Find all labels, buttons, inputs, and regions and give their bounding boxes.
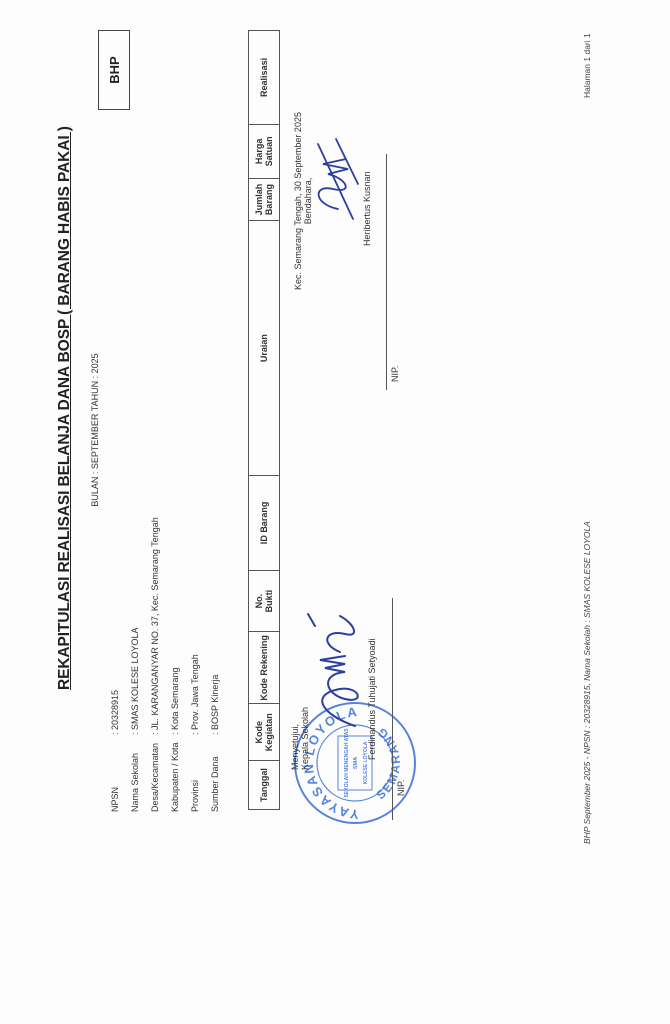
- document-subtitle: BULAN : SEPTEMBER TAHUN : 2025: [90, 230, 100, 630]
- info-value: : JL. KARANGANYAR NO. 37, Kec. Semarang …: [150, 517, 170, 735]
- document-page: REKAPITULASI REALISASI BELANJA DANA BOSP…: [0, 0, 670, 1024]
- bhp-badge: BHP: [98, 30, 130, 110]
- info-value: : 20328915: [110, 690, 130, 735]
- treasurer-signature: [308, 134, 368, 224]
- col-uraian: Uraian: [249, 221, 280, 476]
- col-harga-satuan: HargaSatuan: [249, 124, 280, 178]
- col-jumlah-barang: JumlahBarang: [249, 178, 280, 220]
- info-row-regency: Kabupaten / Kota : Kota Semarang: [170, 517, 190, 812]
- col-kode-rekening: Kode Rekening: [249, 632, 280, 704]
- bhp-table: Tanggal KodeKegiatan Kode Rekening No.Bu…: [248, 30, 280, 810]
- treasurer-signature-line: [386, 154, 387, 390]
- info-row-province: Provinsi : Prov. Jawa Tengah: [190, 517, 210, 812]
- info-value: : Kota Semarang: [170, 667, 190, 735]
- info-label: NPSN: [110, 735, 130, 812]
- document-title: REKAPITULASI REALISASI BELANJA DANA BOSP…: [56, 170, 74, 690]
- approval-label: Menyetujui,: [290, 707, 300, 770]
- info-label: Provinsi: [190, 735, 210, 812]
- treasurer-nip: NIP.: [390, 366, 400, 382]
- info-value: : BOSP Kinerja: [210, 675, 230, 735]
- principal-nip: NIP.: [396, 780, 406, 796]
- page-number: Halaman 1 dari 1: [582, 33, 592, 98]
- info-label: Desa/Kecamatan: [150, 735, 170, 812]
- info-row-npsn: NPSN : 20328915: [110, 517, 130, 812]
- footer-text: BHP September 2025 - NPSN : 20328915, Na…: [582, 521, 592, 844]
- info-label: Kabupaten / Kota: [170, 735, 190, 812]
- col-no-bukti: No.Bukti: [249, 570, 280, 631]
- table-header-row: Tanggal KodeKegiatan Kode Rekening No.Bu…: [249, 31, 280, 810]
- stamp-text-inner-1: SEKOLAH MENENGAH ATAS: [344, 728, 350, 798]
- info-label: Nama Sekolah: [130, 735, 150, 812]
- place-date: Kec. Semarang Tengah, 30 September 2025: [293, 112, 303, 290]
- col-id-barang: ID Barang: [249, 476, 280, 571]
- col-realisasi: Realisasi: [249, 31, 280, 125]
- info-value: : SMAS KOLESE LOYOLA: [130, 627, 150, 735]
- col-kode-kegiatan: KodeKegiatan: [249, 704, 280, 761]
- info-label: Sumber Dana: [210, 735, 230, 812]
- school-info: NPSN : 20328915 Nama Sekolah : SMAS KOLE…: [110, 517, 230, 812]
- info-row-village: Desa/Kecamatan : JL. KARANGANYAR NO. 37,…: [150, 517, 170, 812]
- principal-signature-line: [392, 598, 393, 820]
- info-value: : Prov. Jawa Tengah: [190, 654, 210, 735]
- principal-name: Ferdinandus Tuhujati Setyoadi: [367, 638, 377, 760]
- col-tanggal: Tanggal: [249, 761, 280, 810]
- info-row-school-name: Nama Sekolah : SMAS KOLESE LOYOLA: [130, 517, 150, 812]
- info-row-fund-source: Sumber Dana : BOSP Kinerja: [210, 517, 230, 812]
- stamp-text-inner-2: SMA: [353, 757, 359, 769]
- treasurer-name: Heribertus Kusnan: [362, 171, 372, 246]
